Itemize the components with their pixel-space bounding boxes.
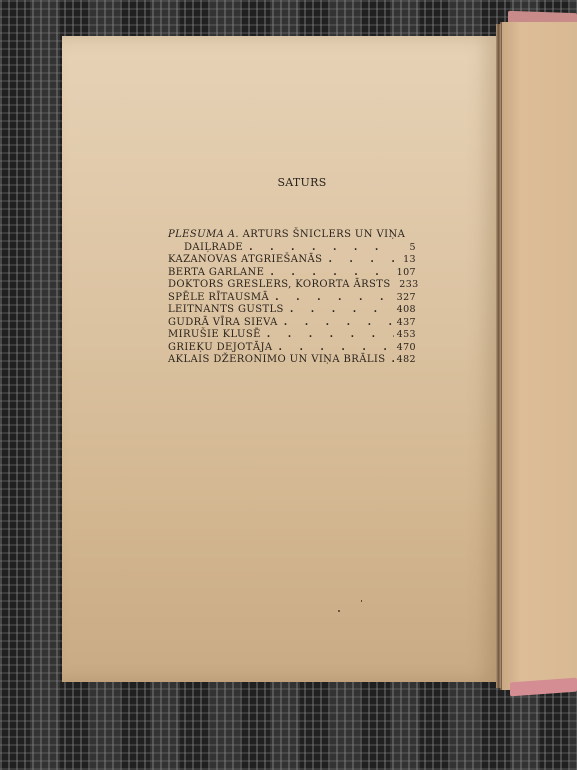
toc-entry-title: MIRUŠIE KLUSĒ — [168, 329, 261, 342]
toc-leader-dots: . . . . . . — [278, 317, 394, 330]
toc-page-number: 470 — [394, 342, 416, 355]
toc-leader-dots: . . . . . . . — [261, 329, 394, 342]
toc-entry-title: ARTURS ŠNICLERS UN VIŅA — [243, 229, 406, 240]
toc-leader-dots: . . . . . . . — [273, 342, 395, 355]
toc-page-number: 13 — [394, 254, 416, 267]
toc-leader-dots: . . . . — [322, 254, 394, 267]
toc-leader-dots: . . . . . . . — [264, 267, 394, 280]
toc-entry-title: LEITNANTS GUSTLS — [168, 304, 284, 317]
toc-entry-author: PLESUMA A. — [168, 229, 239, 240]
right-page — [500, 22, 577, 690]
toc-page-number: 437 — [394, 317, 416, 330]
book-gutter — [496, 24, 501, 688]
toc-page-number: 453 — [394, 329, 416, 342]
toc-leader-dots: . — [385, 354, 394, 367]
toc-entry-title: SPĒLE RĪTAUSMĀ — [168, 292, 269, 305]
toc-entry: AKLAIS DŽERONIMO UN VIŅA BRĀLIS . 482 — [168, 354, 416, 367]
toc-page-number: 482 — [394, 354, 416, 367]
toc-entry: KAZANOVAS ATGRIEŠANĀS . . . . 13 — [168, 254, 416, 267]
toc-entry-title: DAIĻRADE — [184, 242, 243, 255]
toc-page-number: 233 — [397, 279, 419, 292]
toc-entry: GRIEĶU DEJOTĀJA . . . . . . . 470 — [168, 342, 416, 355]
toc-title: SATURS — [168, 176, 416, 189]
book-photo: SATURS PLESUMA A. ARTURS ŠNICLERS UN VIŅ… — [0, 0, 577, 770]
toc-entry-title: GUDRĀ VĪRA SIEVA — [168, 317, 278, 330]
toc-entry: SPĒLE RĪTAUSMĀ . . . . . . 327 — [168, 292, 416, 305]
toc-leader-dots: . . . . . . — [269, 292, 394, 305]
toc-entry: PLESUMA A. ARTURS ŠNICLERS UN VIŅA — [168, 229, 416, 242]
toc-entry-title: GRIEĶU DEJOTĀJA — [168, 342, 273, 355]
toc-entry: GUDRĀ VĪRA SIEVA . . . . . . 437 — [168, 317, 416, 330]
toc-entry: BERTA GARLANE . . . . . . . 107 — [168, 267, 416, 280]
toc-entry-title: BERTA GARLANE — [168, 267, 264, 280]
paper-speck — [361, 600, 362, 602]
toc-entry: LEITNANTS GUSTLS . . . . . . 408 — [168, 304, 416, 317]
toc-page-number: 408 — [394, 304, 416, 317]
toc-leader-dots: . . . . . . . . — [243, 242, 394, 255]
table-of-contents: SATURS PLESUMA A. ARTURS ŠNICLERS UN VIŅ… — [168, 176, 416, 367]
toc-leader-dots: . . . . . . — [284, 304, 394, 317]
toc-entry-title: AKLAIS DŽERONIMO UN VIŅA BRĀLIS — [168, 354, 385, 367]
toc-page-number: 327 — [394, 292, 416, 305]
paper-speck — [338, 610, 340, 612]
toc-entry: DOKTORS GRESLERS, KORORTA ĀRSTS 233 — [168, 279, 416, 292]
toc-page-number: 5 — [394, 242, 416, 255]
toc-entry: MIRUŠIE KLUSĒ . . . . . . . 453 — [168, 329, 416, 342]
toc-entry-title: DOKTORS GRESLERS, KORORTA ĀRSTS — [168, 279, 391, 292]
toc-page-number: 107 — [394, 267, 416, 280]
toc-entry-title: KAZANOVAS ATGRIEŠANĀS — [168, 254, 322, 267]
toc-entry-continuation: DAIĻRADE . . . . . . . . 5 — [168, 242, 416, 255]
